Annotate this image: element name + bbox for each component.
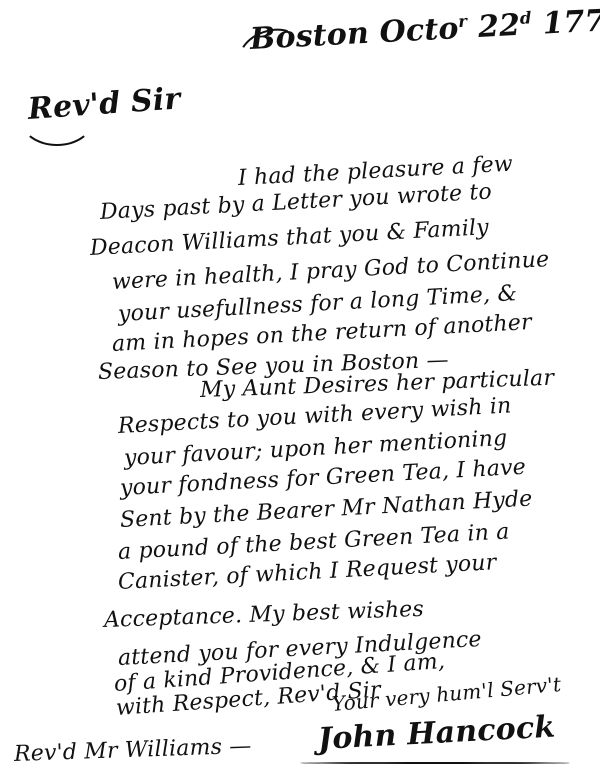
dateline-month: Octo (379, 11, 460, 50)
dateline: Boston Octor 22d 1772 (249, 2, 600, 57)
signature: John Hancock (317, 710, 556, 757)
dateline-day: 22 (477, 8, 521, 45)
letter-page: Boston Octor 22d 1772 Rev'd Sir I had th… (0, 0, 600, 780)
addressee: Rev'd Mr Williams — (14, 734, 252, 767)
dateline-year: 1772 (542, 2, 600, 41)
dateline-day-sup: d (519, 8, 532, 28)
salutation-flourish (20, 92, 94, 146)
dateline-month-sup: r (458, 12, 468, 31)
body-line-15: Acceptance. My best wishes (104, 597, 425, 633)
signature-flourish (300, 762, 570, 764)
